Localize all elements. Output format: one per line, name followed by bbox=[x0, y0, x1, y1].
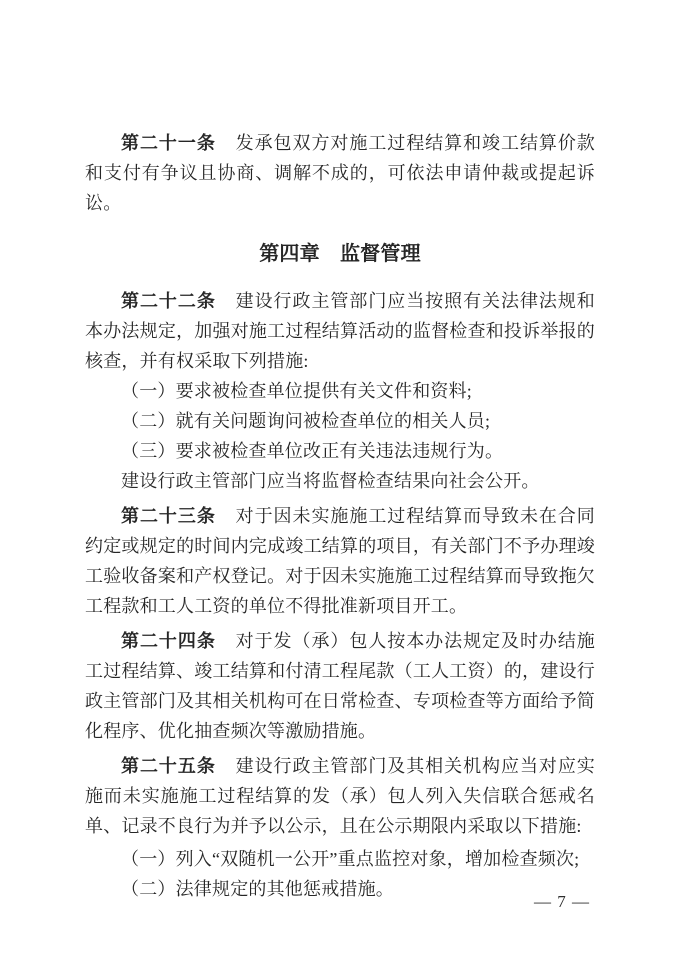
article-25-number: 第二十五条 bbox=[121, 756, 216, 776]
chapter-heading: 第四章 监督管理 bbox=[85, 239, 595, 269]
article-21-paragraph: 第二十一条 发承包双方对施工过程结算和竣工结算价款和支付有争议且协商、调解不成的… bbox=[85, 128, 595, 218]
article-23-paragraph: 第二十三条 对于因未实施施工过程结算而导致未在合同约定或规定的时间内完成竣工结算… bbox=[85, 501, 595, 621]
article-24-paragraph: 第二十四条 对于发（承）包人按本办法规定及时办结施工过程结算、竣工结算和付清工程… bbox=[85, 626, 595, 746]
article-24-number: 第二十四条 bbox=[121, 631, 216, 651]
article-22-item-1: （一）要求被检查单位提供有关文件和资料; bbox=[85, 376, 595, 406]
article-21-number: 第二十一条 bbox=[121, 133, 216, 153]
article-25-paragraph: 第二十五条 建设行政主管部门及其相关机构应当对应实施而未实施施工过程结算的发（承… bbox=[85, 751, 595, 841]
article-22-item-3: （三）要求被检查单位改正有关违法违规行为。 bbox=[85, 436, 595, 466]
article-22-closing: 建设行政主管部门应当将监督检查结果向社会公开。 bbox=[85, 466, 595, 496]
page-number: — 7 — bbox=[534, 891, 590, 913]
article-22-number: 第二十二条 bbox=[121, 291, 216, 311]
article-25-item-1: （一）列入“双随机一公开”重点监控对象，增加检查频次; bbox=[85, 844, 595, 874]
document-body: 第二十一条 发承包双方对施工过程结算和竣工结算价款和支付有争议且协商、调解不成的… bbox=[85, 128, 595, 904]
article-23-number: 第二十三条 bbox=[121, 506, 216, 526]
article-22-paragraph: 第二十二条 建设行政主管部门应当按照有关法律法规和本办法规定，加强对施工过程结算… bbox=[85, 286, 595, 376]
document-page: 第二十一条 发承包双方对施工过程结算和竣工结算价款和支付有争议且协商、调解不成的… bbox=[0, 0, 680, 962]
article-22-item-2: （二）就有关问题询问被检查单位的相关人员; bbox=[85, 406, 595, 436]
article-25-item-2: （二）法律规定的其他惩戒措施。 bbox=[85, 874, 595, 904]
